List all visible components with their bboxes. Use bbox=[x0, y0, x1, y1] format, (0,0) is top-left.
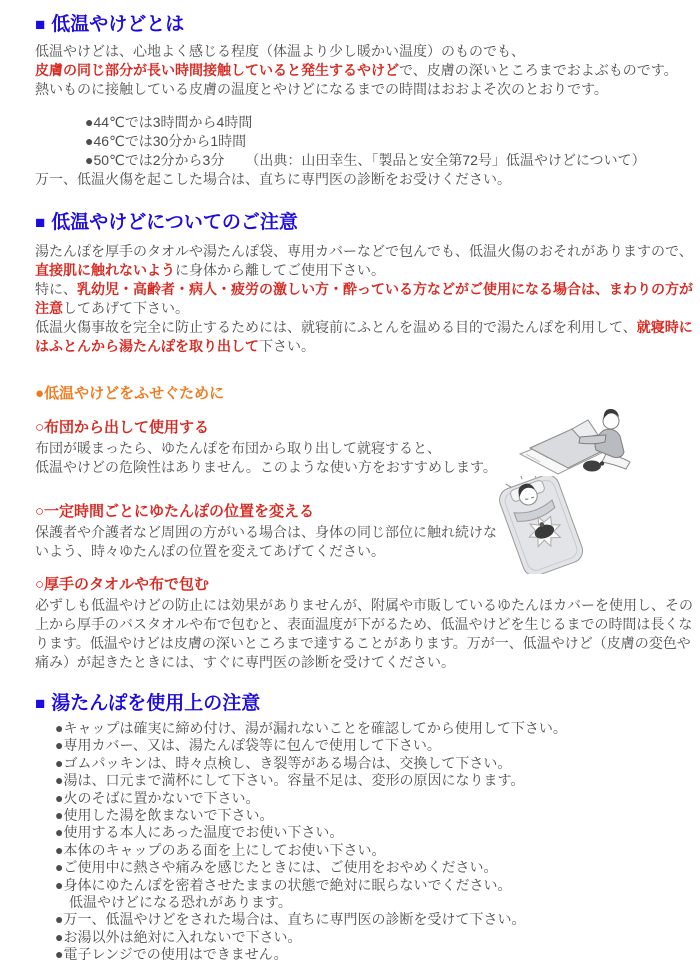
text-segment: 低温火傷事故を完全に防止するためには、就寝前にふとんを温める目的で湯たんぽを利用… bbox=[35, 319, 637, 335]
list-item: ●湯は、口元まで満杯にして下さい。容量不足は、変形の原因になります。 bbox=[55, 772, 688, 789]
text-line: 痛み）が起きたときには、すぐに専門医の診断を受けてください。 bbox=[35, 653, 688, 672]
list-item: ●専用カバー、又は、湯たんぽ袋等に包んで使用して下さい。 bbox=[55, 737, 688, 754]
text-line: 直接肌に触れないように身体から離してご使用下さい。 bbox=[35, 261, 688, 280]
warning-text: 注意 bbox=[35, 300, 63, 316]
warning-text: 乳幼児・高齢者・病人・疲労の激しい方・酔っている方などがご使用になる場合は、まわ… bbox=[77, 281, 693, 297]
text-line: 低温やけどは、心地よく感じる程度（体温より少し暖かい温度）のものでも、 bbox=[35, 42, 688, 61]
list-item: ●身体にゆたんぽを密着させたままの状態で絶対に眠らないでください。 bbox=[55, 877, 688, 894]
text-line: ります。低温やけどは皮膚の深いところまで達することがあります。万が一、低温やけど… bbox=[35, 634, 688, 653]
orange-dot-icon: ● bbox=[35, 385, 44, 402]
text-line: いよう、時々ゆたんぽの位置を変えてあげてください。 bbox=[35, 542, 688, 561]
list-item: ●本体のキャップのある面を上にしてお使い下さい。 bbox=[55, 842, 688, 859]
blue-square-icon: ■ bbox=[35, 15, 45, 34]
text-segment: してあげて下さい。 bbox=[63, 300, 189, 316]
list-item: ●使用した湯を飲まないで下さい。 bbox=[55, 807, 688, 824]
list-item: ●万一、低温やけどをされた場合は、直ちに専門医の診断を受けて下さい。 bbox=[55, 911, 688, 928]
warning-text: 直接肌に触れないよう bbox=[35, 262, 175, 278]
warning-text: はふとんから湯たんぽを取り出して bbox=[35, 338, 259, 354]
section3-title: 湯たんぽを使用上の注意 bbox=[51, 693, 260, 714]
sub3-title: ○厚手のタオルや布で包む bbox=[35, 575, 688, 595]
text-line: 低温火傷事故を完全に防止するためには、就寝前にふとんを温める目的で湯たんぽを利用… bbox=[35, 318, 688, 337]
list-item: ●お湯以外は絶対に入れないで下さい。 bbox=[55, 929, 688, 946]
prevention-sub2: ○一定時間ごとにゆたんぽの位置を変える 保護者や介護者など周囲の方がいる場合は、… bbox=[35, 502, 688, 561]
list-item: ●ゴムパッキンは、時々点検し、き裂等がある場合は、交換して下さい。 bbox=[55, 755, 688, 772]
list-item: ●44℃では3時間から4時間 bbox=[85, 113, 688, 132]
text-line: 熱いものに接触している皮膚の温度とやけどになるまでの時間はおおよそ次のとおりです… bbox=[35, 80, 688, 99]
temperature-list: ●44℃では3時間から4時間 ●46℃では30分から1時間 ●50℃では2分から… bbox=[85, 113, 688, 170]
sub2-body: 保護者や介護者など周囲の方がいる場合は、身体の同じ部位に触れ続けな いよう、時々… bbox=[35, 523, 688, 561]
list-item: ●ご使用中に熱さや痛みを感じたときには、ご使用をおやめください。 bbox=[55, 859, 688, 876]
prevention-sub3: ○厚手のタオルや布で包む 必ずしも低温やけどの防止には効果がありませんが、附属や… bbox=[35, 575, 688, 672]
text-line: 必ずしも低温やけどの防止には効果がありませんが、附属や市販しているゆたんほカバー… bbox=[35, 596, 688, 615]
list-item: ●電子レンジでの使用はできません。 bbox=[55, 946, 688, 960]
text-segment: 下さい。 bbox=[259, 338, 315, 354]
text-segment: で、皮膚の深いところまでおよぶものです。 bbox=[399, 62, 678, 78]
prevention-heading: ●低温やけどをふせぐために bbox=[35, 384, 688, 404]
section1-title: 低温やけどとは bbox=[51, 14, 184, 35]
text-segment: 特に、 bbox=[35, 281, 77, 297]
text-line: はふとんから湯たんぽを取り出して下さい。 bbox=[35, 337, 688, 356]
section2-body: 湯たんぽを厚手のタオルや湯たんぽ袋、専用カバーなどで包んでも、低温火傷のおそれが… bbox=[35, 242, 688, 356]
sub2-title: ○一定時間ごとにゆたんぽの位置を変える bbox=[35, 502, 688, 522]
section2-heading: ■低温やけどについてのご注意 bbox=[35, 211, 688, 235]
list-item: ●火のそばに置かないで下さい。 bbox=[55, 790, 688, 807]
text-segment: に身体から離してご使用下さい。 bbox=[175, 262, 385, 278]
section1-intro: 低温やけどは、心地よく感じる程度（体温より少し暖かい温度）のものでも、 皮膚の同… bbox=[35, 42, 688, 99]
section1-heading: ■低温やけどとは bbox=[35, 13, 688, 37]
prevention-title: 低温やけどをふせぐために bbox=[44, 385, 224, 402]
list-item: ●50℃では2分から3分 （出典：山田幸生、「製品と安全第72号」低温やけどにつ… bbox=[85, 151, 688, 170]
section2-title: 低温やけどについてのご注意 bbox=[51, 212, 298, 233]
list-item: 低温やけどになる恐れがあります。 bbox=[55, 894, 688, 911]
warning-text: 就寝時に bbox=[637, 319, 693, 335]
sleeping-illustration-icon bbox=[496, 476, 588, 574]
list-item: ●使用する本人にあった温度でお使い下さい。 bbox=[55, 824, 688, 841]
section3-heading: ■湯たんぽを使用上の注意 bbox=[35, 692, 688, 716]
blue-square-icon: ■ bbox=[35, 694, 45, 713]
text-line: 注意してあげて下さい。 bbox=[35, 299, 688, 318]
usage-caution-list: ●キャップは確実に締め付け、湯が漏れないことを確認してから使用して下さい。 ●専… bbox=[55, 720, 688, 960]
remove-bottle-illustration-icon bbox=[518, 402, 640, 482]
list-item: ●キャップは確実に締め付け、湯が漏れないことを確認してから使用して下さい。 bbox=[55, 720, 688, 737]
text-line: 皮膚の同じ部分が長い時間接触していると発生するやけどで、皮膚の深いところまでおよ… bbox=[35, 61, 688, 80]
text-line: 保護者や介護者など周囲の方がいる場合は、身体の同じ部位に触れ続けな bbox=[35, 523, 688, 542]
text-line: 特に、乳幼児・高齢者・病人・疲労の激しい方・酔っている方などがご使用になる場合は… bbox=[35, 280, 688, 299]
caution-document: ■低温やけどとは 低温やけどは、心地よく感じる程度（体温より少し暖かい温度）のも… bbox=[0, 0, 700, 960]
illustration-remove-bottle-from-futon bbox=[518, 402, 640, 487]
blue-square-icon: ■ bbox=[35, 213, 45, 232]
list-item: ●46℃では30分から1時間 bbox=[85, 132, 688, 151]
text-line: 上から厚手のバスタオルや布で包むと、表面温度が下がるため、低温やけどを生じるまで… bbox=[35, 615, 688, 634]
emergency-note: 万一、低温火傷を起こした場合は、直ちに専門医の診断をお受けください。 bbox=[35, 170, 688, 189]
warning-text: 皮膚の同じ部分が長い時間接触していると発生するやけど bbox=[35, 62, 399, 78]
sub3-body: 必ずしも低温やけどの防止には効果がありませんが、附属や市販しているゆたんほカバー… bbox=[35, 596, 688, 672]
illustration-sleeping-with-bottle bbox=[496, 476, 588, 579]
text-line: 湯たんぽを厚手のタオルや湯たんぽ袋、専用カバーなどで包んでも、低温火傷のおそれが… bbox=[35, 242, 688, 261]
